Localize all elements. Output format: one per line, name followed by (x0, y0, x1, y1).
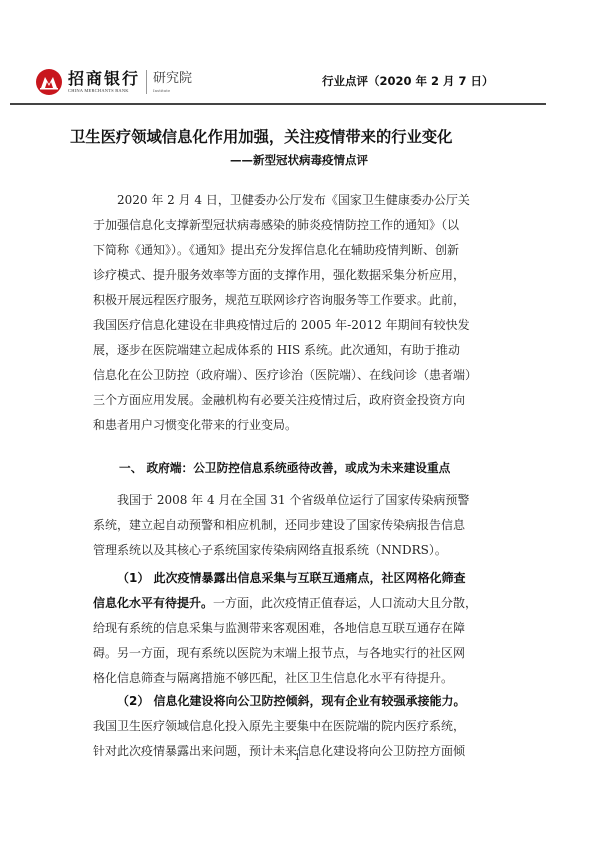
document-title: 卫生医疗领域信息化作用加强，关注疫情带来的行业变化 (70, 125, 530, 147)
section1-paragraph: 我国于 2008 年 4 月在全国 31 个省级单位运行了国家传染病预警 系统，… (93, 488, 517, 563)
text-line: 系统，建立起自动预警和相应机制，还同步建设了国家传染病报告信息 (93, 513, 517, 538)
point1-line-2: 信息化水平有待提升。一方面，此次疫情正值春运，人口流动大且分散， (93, 591, 517, 616)
text-line: 碍。另一方面，现有系统以医院为末端上报节点，与各地实行的社区网 (93, 641, 517, 666)
cmb-logo-text: 招商银行 CHINA MERCHANTS BANK (68, 70, 140, 94)
cmb-logo: 招商银行 CHINA MERCHANTS BANK 研究院 Institute (36, 66, 192, 98)
text-line: 管理系统以及其核心子系统国家传染病网络直报系统（NNDRS）。 (93, 538, 517, 563)
text-line: 展，逐步在医院端建立起成体系的 HIS 系统。此次通知，有助于推动 (93, 338, 517, 363)
text-line: 下简称《通知》）。《通知》提出充分发挥信息化在辅助疫情判断、创新 (93, 238, 517, 263)
text-line: 我国卫生医疗领域信息化投入原先主要集中在医院端的院内医疗系统， (93, 714, 517, 739)
logo-separator (146, 70, 147, 94)
cmb-logo-mark-icon (36, 69, 62, 95)
point2-heading: （2） 信息化建设将向公卫防控倾斜，现有企业有较强承接能力。 (93, 689, 517, 714)
text-line: 给现有系统的信息采集与监测带来客观困难，各地信息互联互通存在障 (93, 616, 517, 641)
text-line: 信息化在公卫防控（政府端）、医疗诊治（医院端）、在线问诊（患者端） (93, 363, 517, 388)
text-line: 积极开展远程医疗服务，规范互联网诊疗咨询服务等工作要求。此前， (93, 288, 517, 313)
logo-en: CHINA MERCHANTS BANK (68, 88, 140, 94)
point1-heading-line: （1） 此次疫情暴露出信息采集与互联互通痛点，社区网格化筛查 (93, 566, 517, 591)
logo-cn: 招商银行 (68, 70, 140, 88)
text-line: 2020 年 2 月 4 日，卫健委办公厅发布《国家卫生健康委办公厅关 (93, 188, 517, 213)
page-number: 1 (0, 753, 595, 763)
report-type-date: 行业点评（2020 年 2 月 7 日） (322, 73, 494, 89)
intro-paragraph: 2020 年 2 月 4 日，卫健委办公厅发布《国家卫生健康委办公厅关 于加强信… (93, 188, 517, 438)
institute-cn: 研究院 (153, 70, 192, 88)
text-line: 我国医疗信息化建设在非典疫情过后的 2005 年-2012 年期间有较快发 (93, 313, 517, 338)
point1-heading-tail: 信息化水平有待提升。 (93, 596, 213, 610)
institute-en: Institute (153, 88, 192, 94)
text-line: 我国于 2008 年 4 月在全国 31 个省级单位运行了国家传染病预警 (93, 488, 517, 513)
section-heading-1: 一、 政府端：公卫防控信息系统亟待改善，或成为未来建设重点 (119, 460, 450, 476)
text-line: 于加强信息化支撑新型冠状病毒感染的肺炎疫情防控工作的通知》（以 (93, 213, 517, 238)
document-subtitle: ——新型冠状病毒疫情点评 (230, 152, 368, 168)
page-header: 招商银行 CHINA MERCHANTS BANK 研究院 Institute … (0, 0, 595, 110)
point1-paragraph: （1） 此次疫情暴露出信息采集与互联互通痛点，社区网格化筛查 信息化水平有待提升… (93, 566, 517, 691)
institute-label: 研究院 Institute (153, 70, 192, 94)
text-line: 诊疗模式、提升服务效率等方面的支撑作用，强化数据采集分析应用， (93, 263, 517, 288)
header-divider (10, 103, 546, 105)
text-line: 格化信息筛查与隔离措施不够匹配，社区卫生信息化水平有待提升。 (93, 666, 517, 691)
point1-text: 一方面，此次疫情正值春运，人口流动大且分散， (213, 596, 477, 610)
text-line: 和患者用户习惯变化带来的行业变局。 (93, 413, 517, 438)
text-line: 三个方面应用发展。金融机构有必要关注疫情过后，政府资金投资方向 (93, 388, 517, 413)
